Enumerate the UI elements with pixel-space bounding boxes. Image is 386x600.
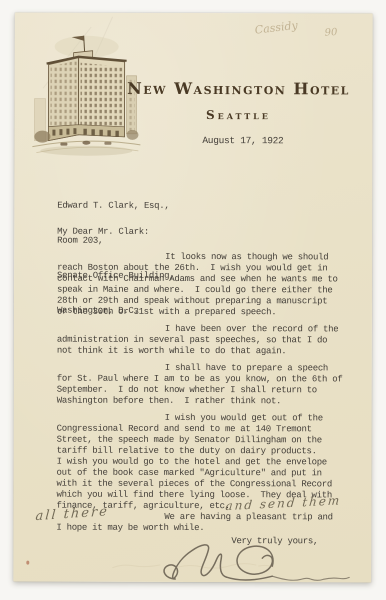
scan-background: New Washington Hotel Seattle August 17, … [0, 0, 386, 600]
penciled-number-annotation: 90 [324, 27, 337, 39]
body-line: contact with Chairman Adams and see when… [57, 274, 359, 286]
hotel-building-engraving [28, 31, 146, 171]
body-line: administration in several past speeches,… [57, 335, 359, 347]
body-line: Washington before then. I rather think n… [57, 396, 359, 408]
body-line: with it the several pieces of the Congre… [56, 479, 358, 491]
body-line: 28th or 29th and speak without preparing… [57, 296, 359, 308]
body-line: I shall have to prepare a speech [57, 363, 359, 375]
body-line: not think it is worth while to do that a… [57, 346, 359, 358]
letter-date: August 17, 1922 [202, 135, 283, 146]
body-line: I hope it may be worth while. [56, 523, 358, 535]
body-line: September. I do not know whether I shall… [57, 385, 359, 397]
body-line: speak in Maine and where. I could go the… [57, 285, 359, 297]
body-line: tariff bill relative to the duty on dair… [57, 446, 359, 458]
body-line: Street, the speech made by Senator Dilli… [57, 435, 359, 447]
body-line: I have been over the record of the [57, 324, 359, 336]
letterhead-hotel-name: New Washington Hotel [125, 79, 353, 99]
body-line: I wish you would go to the hotel and get… [57, 457, 359, 469]
body-line: It looks now as though we should [57, 252, 359, 264]
body-line: or the 30th or 31st with a prepared spee… [57, 307, 359, 319]
recipient-line: Edward T. Clark, Esq., [57, 200, 174, 211]
body-line: out of the book case marked "Agriculture… [57, 468, 359, 480]
penciled-name-annotation: Cassidy [254, 19, 298, 37]
body-line: Congressional Record and send to me at 1… [57, 424, 359, 436]
paper-fleck [26, 561, 29, 565]
paragraph-2: I have been over the record of the admin… [57, 324, 359, 358]
letter-body: It looks now as though we should reach B… [56, 252, 359, 535]
paragraph-1: It looks now as though we should reach B… [57, 252, 359, 319]
body-line: for St. Paul where I am to be as you kno… [57, 374, 359, 386]
letter-paper: New Washington Hotel Seattle August 17, … [13, 13, 372, 583]
salutation: My Dear Mr. Clark: [57, 227, 149, 237]
paragraph-3: I shall have to prepare a speech for St.… [57, 363, 359, 408]
body-line: reach Boston about the 26th. I wish you … [57, 263, 359, 275]
show-through-marks [108, 558, 278, 574]
body-line: I wish you would get out of the [57, 413, 359, 425]
letterhead-city: Seattle [124, 108, 352, 123]
